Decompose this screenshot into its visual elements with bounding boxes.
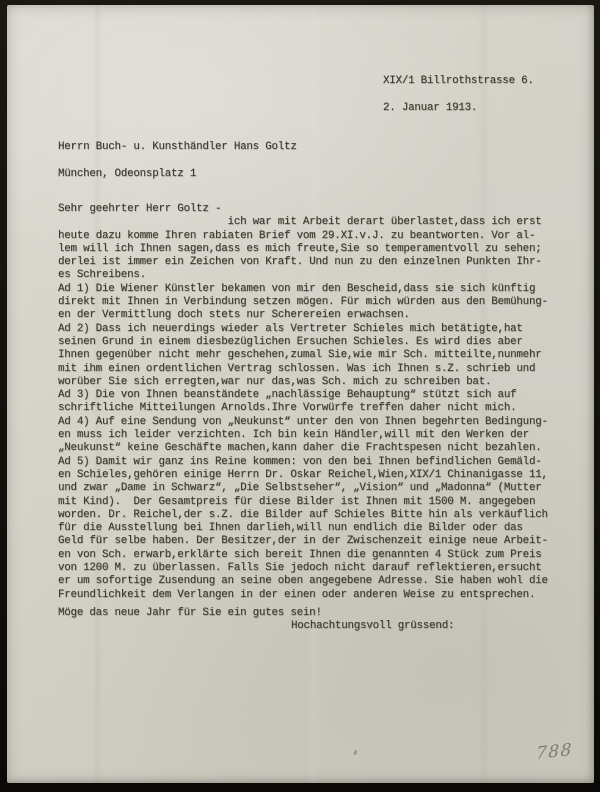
letter-line: Ad 2) Dass ich neuerdings wieder als Ver… bbox=[58, 323, 578, 336]
letter-line: worüber Sie sich erregten,war nur das,wa… bbox=[58, 376, 578, 389]
letter-date: 2. Januar 1913. bbox=[383, 102, 534, 115]
letter-line: Freundlichkeit dem Verlangen in der eine… bbox=[58, 589, 578, 602]
letter-line: worden. Dr. Reichel,der s.Z. die Bilder … bbox=[58, 509, 578, 522]
letter-line: mit Kind). Der Gesamtpreis für diese Bil… bbox=[58, 496, 578, 509]
letter-line: seinen Grund in einem diesbezüglichen Er… bbox=[58, 336, 578, 349]
letter-line: ich war mit Arbeit derart überlastet,das… bbox=[58, 216, 578, 229]
recipient-name: Herrn Buch- u. Kunsthändler Hans Goltz bbox=[58, 141, 297, 154]
handwritten-page-number: 788 bbox=[536, 740, 573, 764]
letter-line: Geld für selbe haben. Der Besitzer,der i… bbox=[58, 535, 578, 548]
letter-line: en Schieles,gehören einige Herrn Dr. Osk… bbox=[58, 469, 578, 482]
letter-line: er um sofortige Zusendung an seine oben … bbox=[58, 575, 578, 588]
letter-line: lem will ich Ihnen sagen,dass es mich fr… bbox=[58, 243, 578, 256]
closing-salute: Hochachtungsvoll grüssend: bbox=[58, 620, 578, 633]
closing-wish: Möge das neue Jahr für Sie ein gutes sei… bbox=[58, 607, 578, 620]
letter-line: schriftliche Mitteilungen Arnolds.Ihre V… bbox=[58, 402, 578, 415]
letter-line: „Neukunst“ keine Geschäfte machen,kann d… bbox=[58, 442, 578, 455]
salutation: Sehr geehrter Herr Goltz - bbox=[58, 203, 578, 216]
letter-line: derlei ist immer ein Zeichen von Kraft. … bbox=[58, 256, 578, 269]
letter-body-lines: ich war mit Arbeit derart überlastet,das… bbox=[58, 216, 578, 602]
letter-line: en von Sch. erwarb,erklärte sich bereit … bbox=[58, 549, 578, 562]
scanned-letter-page: { "letter": { "sender_address": "XIX/1 B… bbox=[0, 0, 600, 792]
letter-line: en der Vermittlung doch stets nur Schere… bbox=[58, 309, 578, 322]
sender-block: XIX/1 Billrothstrasse 6. 2. Januar 1913. bbox=[383, 75, 534, 116]
letter-line: Ad 3) Die von Ihnen beanständete „nachlä… bbox=[58, 389, 578, 402]
letter-line: Ihnen gegenüber nicht mehr geschehen,zum… bbox=[58, 349, 578, 362]
letter-line: heute dazu komme Ihren rabiaten Brief vo… bbox=[58, 230, 578, 243]
letter-line: Ad 5) Damit wir ganz ins Reine kommen: v… bbox=[58, 456, 578, 469]
recipient-block: Herrn Buch- u. Kunsthändler Hans Goltz M… bbox=[58, 141, 297, 182]
paper-speck bbox=[353, 750, 358, 756]
letter-line: en muss ich leider verzichten. Ich bin k… bbox=[58, 429, 578, 442]
recipient-city: München, Odeonsplatz 1 bbox=[58, 168, 297, 181]
letter-line: von 1200 M. zu überlassen. Falls Sie jed… bbox=[58, 562, 578, 575]
letter-line: und zwar „Dame in Schwarz“, „Die Selbsts… bbox=[58, 482, 578, 495]
letter-line: mit ihm einen ordentlichen Vertrag schlo… bbox=[58, 363, 578, 376]
letter-line: Ad 1) Die Wiener Künstler bekamen von mi… bbox=[58, 283, 578, 296]
sender-address: XIX/1 Billrothstrasse 6. bbox=[383, 75, 534, 88]
letter-sheet: XIX/1 Billrothstrasse 6. 2. Januar 1913.… bbox=[7, 5, 594, 783]
letter-line: für die Ausstellung bei Ihnen darlieh,wi… bbox=[58, 522, 578, 535]
letter-line: Ad 4) Auf eine Sendung von „Neukunst“ un… bbox=[58, 416, 578, 429]
letter-line: es Schreibens. bbox=[58, 269, 578, 282]
letter-body: Sehr geehrter Herr Goltz - ich war mit A… bbox=[58, 203, 578, 634]
letter-line: direkt mit Ihnen in Verbindung setzen mö… bbox=[58, 296, 578, 309]
